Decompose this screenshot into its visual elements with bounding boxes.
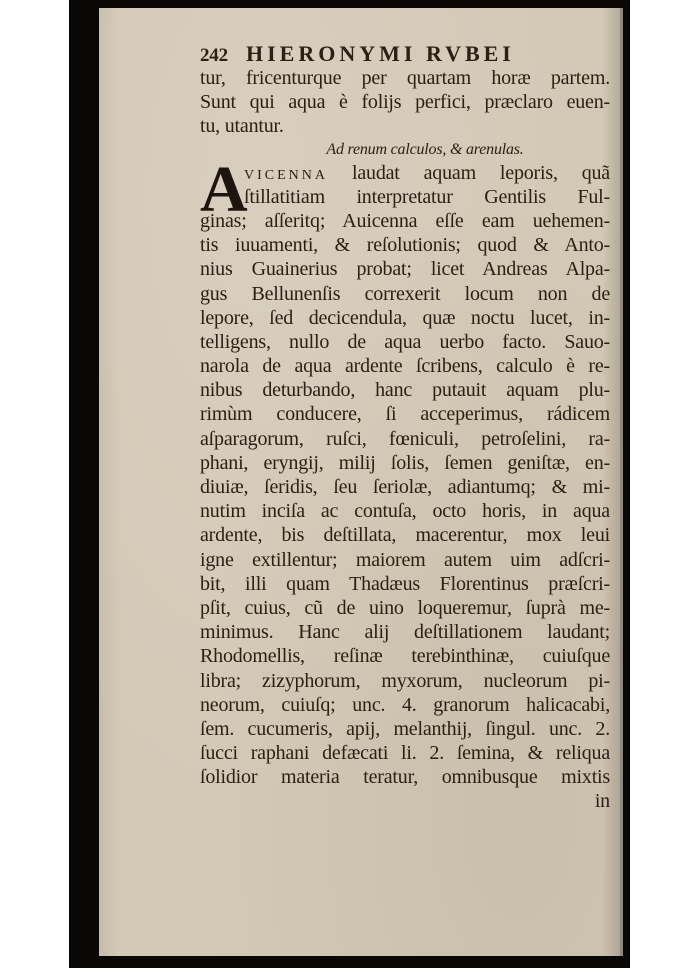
book-page: 242 HIERONYMI RVBEI tur, fricenturque pe… <box>99 8 623 956</box>
text-line: ſolidior materia teratur, omnibusque mix… <box>200 765 610 789</box>
text-line: neorum, cuiuſq; unc. 4. granorum halicac… <box>200 693 610 717</box>
text-line: libra; zizyphorum, myxorum, nucleorum pi… <box>200 669 610 693</box>
page-edge <box>620 8 623 956</box>
text-line: minimus. Hanc alij deſtillationem laudan… <box>200 620 610 644</box>
text-line: ardente, bis deſtillata, macerentur, mox… <box>200 523 610 547</box>
text-line: diuiæ, ſeridis, ſeu ſeriolæ, adiantumq; … <box>200 475 610 499</box>
text-line: tur, fricenturque per quartam horæ parte… <box>200 66 610 90</box>
text-line: aſparagorum, ruſci, fœniculi, petroſelin… <box>200 427 610 451</box>
text-line: ſem. cucumeris, apij, melanthij, ſingul.… <box>200 717 610 741</box>
text-line: ſtillatitiam interpretatur Gentilis Ful- <box>200 185 610 209</box>
text-line: lepore, ſed decicendula, quæ noctu lucet… <box>200 306 610 330</box>
text-line: igne extillentur; maiorem autem uim adſc… <box>200 548 610 572</box>
text-line: narola de aqua ardente ſcribens, calculo… <box>200 354 610 378</box>
text-line: nibus deturbando, hanc putauit aquam plu… <box>200 378 610 402</box>
paragraph: A VICENNA laudat aquam leporis, quã ſtil… <box>200 161 610 814</box>
text-line: pſit, cuius, cũ de uino loqueremur, ſupr… <box>200 596 610 620</box>
text-line: gus Bellunenſis correxerit locum non de <box>200 282 610 306</box>
text-line: bit, illi quam Thadæus Florentinus præſc… <box>200 572 610 596</box>
drop-cap: A <box>200 161 247 219</box>
running-head: 242 HIERONYMI RVBEI <box>200 42 610 66</box>
running-title: HIERONYMI RVBEI <box>246 42 515 66</box>
text-line: VICENNA laudat aquam leporis, quã <box>200 161 610 185</box>
text-line: Sunt qui aqua è folijs perfici, præclaro… <box>200 90 610 114</box>
text-block: 242 HIERONYMI RVBEI tur, fricenturque pe… <box>200 42 610 814</box>
text-line: phani, eryngij, milij ſolis, ſemen geniſ… <box>200 451 610 475</box>
text-line: telligens, nullo de aqua uerbo facto. Sa… <box>200 330 610 354</box>
catchword: in <box>200 789 610 813</box>
text-line: tis iuuamenti, & reſolutionis; quod & An… <box>200 233 610 257</box>
text-line: ginas; aſſeritq; Auicenna eſſe eam uehem… <box>200 209 610 233</box>
text-line: Rhodomellis, reſinæ terebinthinæ, cuiuſq… <box>200 644 610 668</box>
first-line-text: laudat aquam leporis, quã <box>352 162 610 184</box>
text-line: tu, utantur. <box>200 114 610 138</box>
text-line: nius Guainerius probat; licet Andreas Al… <box>200 257 610 281</box>
page-number: 242 <box>200 44 246 68</box>
text-line: ſucci raphani defæcati li. 2. ſemina, & … <box>200 741 610 765</box>
text-line: rimùm conducere, ſi acceperimus, rádicem <box>200 402 610 426</box>
text-line: nutim inciſa ac contuſa, octo horis, in … <box>200 499 610 523</box>
first-word-caps: VICENNA <box>244 168 328 183</box>
section-heading: Ad renum calculos, & arenulas. <box>200 139 610 161</box>
